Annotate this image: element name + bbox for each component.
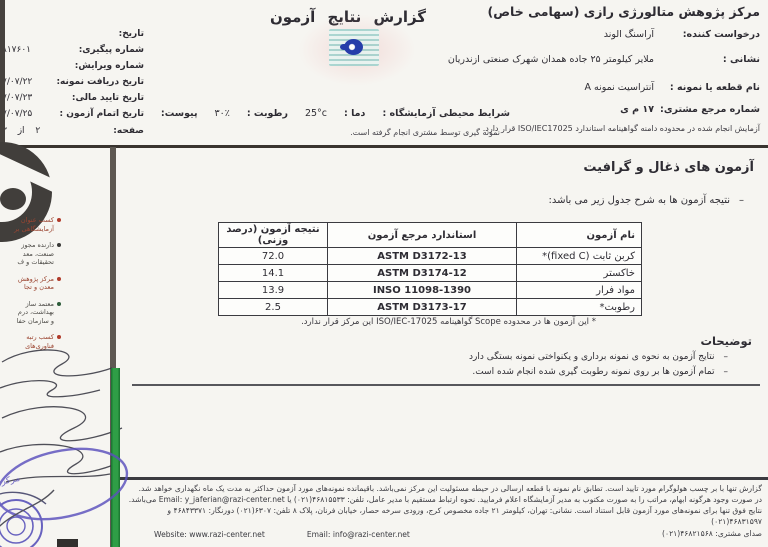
lab-conditions-row: شرایط محیطی آزمایشگاه : دما : 25°c رطوبت… [161,108,510,119]
financial-approval-date-label: تاریخ تایید مالی: [72,93,144,103]
sidebar-line: و سازمان حفا [0,317,54,326]
test-standard: ASTM D3173-17 [328,299,517,316]
customer-voice-phone: صدای مشتری: ۴۶۸۲۱۵۶۸(۰۲۱) [662,528,762,539]
divider [117,477,768,480]
table-row: کربن ثابت (fixed C)* ASTM D3172-13 72.0 [219,248,642,265]
stamp-text: مرکز پژوهش متالورژی [0,474,21,502]
note-item: نتایج آزمون به نحوه ی نمونه برداری و یکن… [469,352,728,362]
sidebar-line: بهداشت، درم [0,308,54,317]
tracking-number-row: شماره پیگیری: ۸۱۷۶۰۱ [2,45,144,55]
address-label: نشانی : [660,54,760,65]
address-row: نشانی : ملایر کیلومتر ۲۵ جاده همدان شهرک… [448,54,760,65]
attachment-label: پیوست: [161,108,198,119]
sidebar-line: مرکز پژوهش [0,275,54,284]
test-name: مواد فرار [517,282,642,299]
table-footnote: * این آزمون ها در محدوده Scope گواهینامه… [301,317,596,327]
test-standard: INSO 11098-1390 [328,282,517,299]
tracking-number-value: ۸۱۷۶۰۱ [2,45,31,55]
footer-line: نتایج فوق تنها برای نمونه‌های مورد آزمون… [128,505,762,527]
sampling-note: نمونه گیری توسط مشتری انجام گرفته است. [350,128,500,137]
sidebar-certifications: کسب عنوان آزمایشگاهی بر دارنده مجوز صنعت… [0,216,62,358]
bullet-icon [57,302,61,306]
test-result: 14.1 [219,265,328,282]
temp-label: دما : [344,108,365,119]
logo-disc [0,188,26,210]
sample-name-row: نام قطعه یا نمونه : آنتراسیت نمونه A [584,82,760,93]
financial-approval-date-row: تاریخ تایید مالی: ۷/۰۷/۲۳ [2,93,144,103]
sidebar-item: مرکز پژوهش معدن و تجا [0,275,62,292]
address-value: ملایر کیلومتر ۲۵ جاده همدان شهرک صنعتی ا… [448,54,654,65]
sidebar-line: معدن و تجا [0,283,54,292]
test-name: خاکستر [517,265,642,282]
humidity-label: رطوبت : [247,108,288,119]
test-result: 2.5 [219,299,328,316]
bullet-icon [57,218,61,222]
test-completion-date-label: تاریخ اتمام آزمون : [60,109,144,119]
org-name: مرکز پژوهش متالورژی رازی (سهامی خاص) [487,4,760,19]
divider [132,384,760,386]
results-table: نام آزمون استاندارد مرجع آزمون نتیجه آزم… [218,222,642,316]
table-intro: نتیجه آزمون ها به شرح جدول زیر می باشد: [548,195,744,206]
sidebar-item: دارنده مجوز صنعت، معد تحقیقات و ف [0,241,62,267]
footer-line: گزارش تنها با بر چسب هولوگرام مورد تایید… [128,483,762,494]
notes-title: توضیحات [701,334,753,348]
sample-received-date-row: تاریخ دریافت نمونه: ۷/۰۷/۲۲ [2,77,144,87]
test-standard: ASTM D3174-12 [328,265,517,282]
customer-ref-label: شماره مرجع مشتری: [660,104,760,115]
revision-number-row: شماره ویرایش: ۰ [2,61,144,71]
conditions-label: شرایط محیطی آزمایشگاه : [382,108,510,119]
tracking-number-label: شماره پیگیری: [79,45,144,55]
temp-value: 25°c [305,108,327,119]
bullet-icon [57,243,61,247]
customer-ref-value: ۱۷ م ی [620,104,654,115]
scan-edge [0,0,5,150]
accreditation-note: آزمایش انجام شده در محدوده دامنه گواهینا… [483,124,760,133]
email-text: Email: info@razi-center.net [307,529,410,540]
test-result: 13.9 [219,282,328,299]
financial-approval-date-value: ۷/۰۷/۲۳ [2,93,32,103]
table-row: خاکستر ASTM D3174-12 14.1 [219,265,642,282]
sample-received-date-label: تاریخ دریافت نمونه: [56,77,144,87]
revision-number-label: شماره ویرایش: [75,61,144,71]
sidebar-line: معتمد ساز [0,300,54,309]
requester-value: آراسنگ الوند [604,29,654,40]
test-name: رطوبت* [517,299,642,316]
sample-received-date-value: ۷/۰۷/۲۲ [2,77,32,87]
test-completion-date-value: ۷/۰۷/۲۵ [2,109,32,119]
table-header-row: نام آزمون استاندارد مرجع آزمون نتیجه آزم… [219,223,642,248]
requester-label: درخواست کننده: [660,29,760,40]
humidity-value: ۳۰٪ [215,108,230,119]
sidebar-line: دارنده مجوز [0,241,54,250]
table-row: مواد فرار INSO 11098-1390 13.9 [219,282,642,299]
website-text: Website: www.razi-center.net [154,529,265,540]
sidebar-line: آزمایشگاهی بر [0,225,54,234]
col-header-test-name: نام آزمون [517,223,642,248]
page-number-label: صفحه: [113,126,144,136]
sidebar-item: کسب عنوان آزمایشگاهی بر [0,216,62,233]
seal-logo-icon [344,39,363,55]
table-row: رطوبت* ASTM D3173-17 2.5 [219,299,642,316]
sample-name-value: آنتراسیت نمونه A [584,82,654,93]
bullet-icon [57,335,61,339]
blue-oval-stamp: مرکز پژوهش متالورژی [0,438,138,547]
footer-line: در صورت وجود هرگونه ابهام، مراتب را به ص… [128,494,762,505]
requester-row: درخواست کننده: آراسنگ الوند [604,29,760,40]
sample-name-label: نام قطعه یا نمونه : [660,82,760,93]
footer-last-line: صدای مشتری: ۴۶۸۲۱۵۶۸(۰۲۱) Website: www.r… [128,528,762,540]
col-header-result: نتیجه آزمون (درصد وزنی) [219,223,328,248]
page-number-row: صفحه: ۲ از ۳ [2,126,144,136]
test-result: 72.0 [219,248,328,265]
col-header-standard: استاندارد مرجع آزمون [328,223,517,248]
section-title: آزمون های ذغال و گرافیت [583,160,754,175]
bullet-icon [57,277,61,281]
footer-contacts: Website: www.razi-center.net Email: info… [154,529,410,540]
test-completion-date-row: تاریخ اتمام آزمون : ۷/۰۷/۲۵ [2,109,144,119]
test-standard: ASTM D3172-13 [328,248,517,265]
date-label: تاریخ: [119,29,144,39]
date-row: تاریخ: [2,29,144,39]
page-number-value: ۲ از ۳ [2,126,40,136]
sidebar-line: کسب عنوان [0,216,54,225]
sidebar-line: تحقیقات و ف [0,258,54,267]
sidebar-item: معتمد ساز بهداشت، درم و سازمان حفا [0,300,62,326]
note-item: تمام آزمون ها بر روی نمونه رطوبت گیری شد… [472,367,728,377]
center-seal-stamp [329,29,379,66]
sidebar-line: صنعت، معد [0,250,54,259]
scan-mark [57,539,78,547]
scanned-test-report-page: مرکز پژوهش متالورژی رازی (سهامی خاص) گزا… [0,0,768,547]
customer-ref-row: شماره مرجع مشتری: ۱۷ م ی [620,104,760,115]
footer: گزارش تنها با بر چسب هولوگرام مورد تایید… [128,483,762,540]
test-name: کربن ثابت (fixed C)* [517,248,642,265]
